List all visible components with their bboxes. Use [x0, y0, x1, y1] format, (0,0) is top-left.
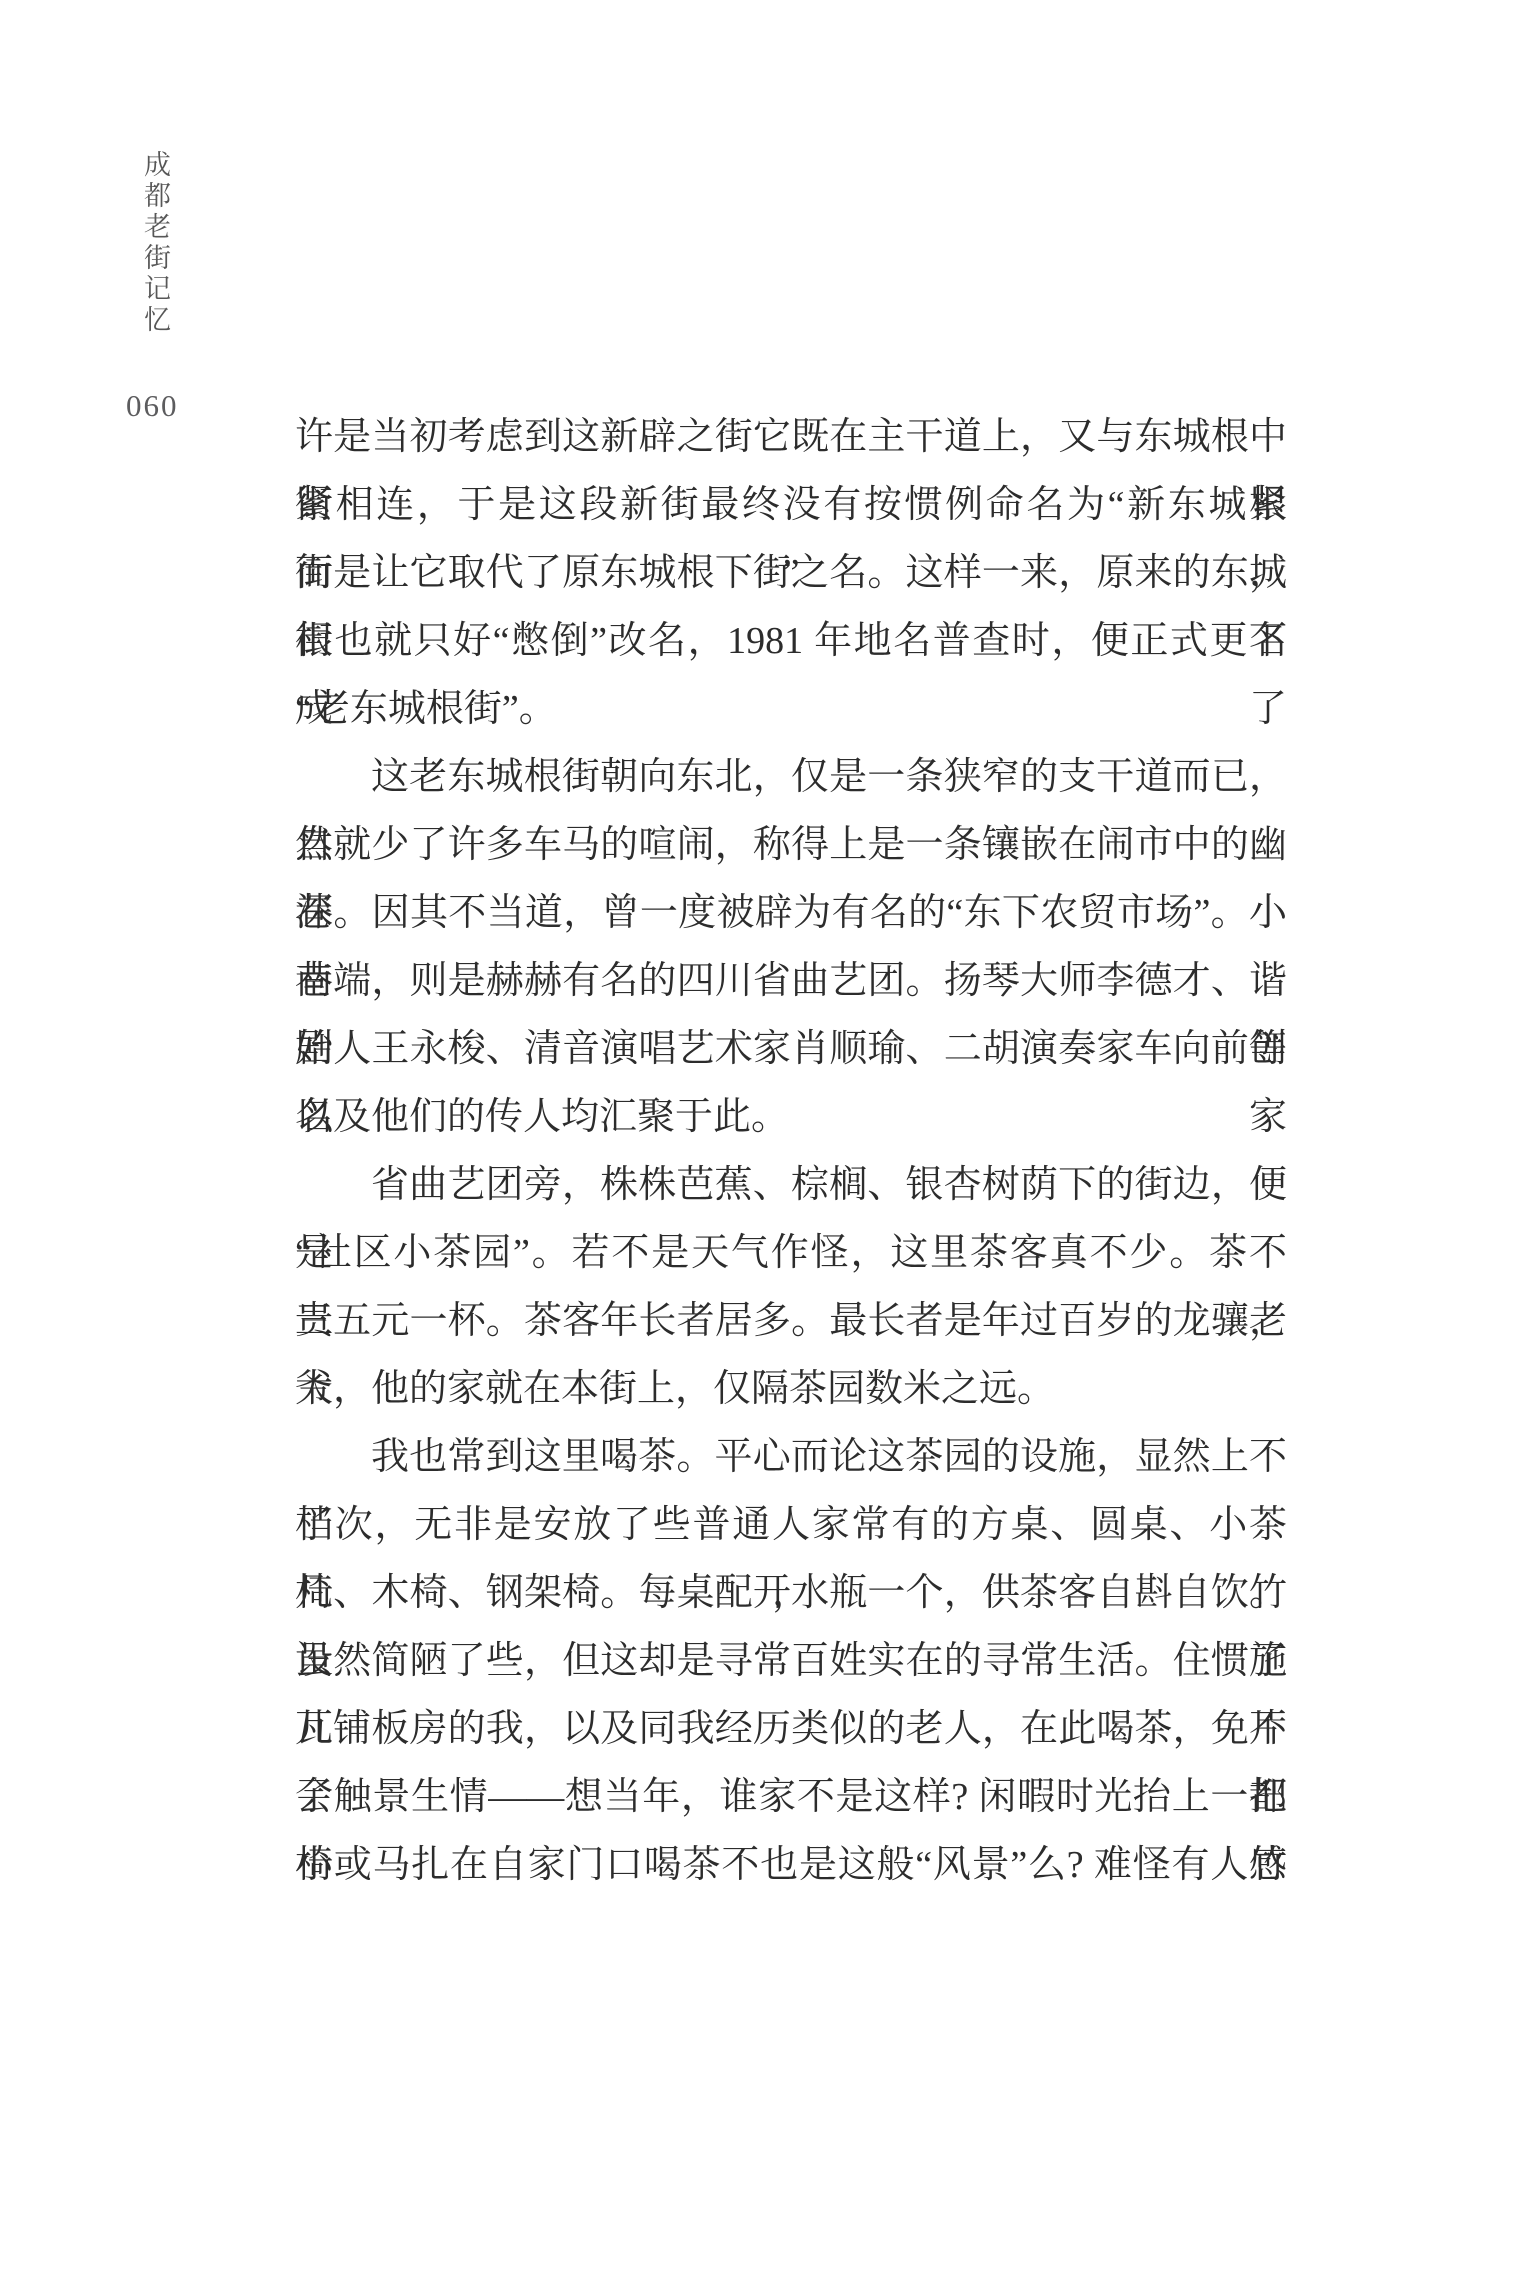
- page-number: 060: [126, 388, 179, 424]
- text-line: 椅或马扎在自家门口喝茶不也是这般“风景”么? 难怪有人感: [295, 1831, 1287, 1899]
- text-line: 省曲艺团旁，株株芭蕉、棕榈、银杏树荫下的街边，便是: [295, 1151, 1287, 1219]
- text-line: 然就少了许多车马的喧闹，称得上是一条镶嵌在闹市中的幽深小: [295, 811, 1287, 879]
- text-line: 虽然简陋了些，但这却是寻常百姓实在的寻常生活。住惯了瓦片: [295, 1627, 1287, 1695]
- text-line: 街也就只好“憋倒”改名，1981 年地名普查时，便正式更名成了: [295, 607, 1287, 675]
- text-line: 会触景生情——想当年，谁家不是这样? 闲暇时光抬上一把小竹: [295, 1763, 1287, 1831]
- text-line: 我也常到这里喝茶。平心而论这茶园的设施，显然上不了: [295, 1423, 1287, 1491]
- book-page: 成都老街记忆 060 许是当初考虑到这新辟之街它既在主干道上，又与东城根中街紧紧…: [0, 0, 1536, 2278]
- text-line: 始人王永梭、清音演唱艺术家肖顺瑜、二胡演奏家车向前等名家: [295, 1015, 1287, 1083]
- text-line: “社区小茶园”。若不是天气作怪，这里茶客真不少。茶不贵，: [295, 1219, 1287, 1287]
- text-column: 许是当初考虑到这新辟之街它既在主干道上，又与东城根中街紧紧相连，于是这段新街最终…: [295, 403, 1287, 1899]
- text-line: 南端，则是赫赫有名的四川省曲艺团。扬琴大师李德才、谐剧创: [295, 947, 1287, 1015]
- text-line: 许是当初考虑到这新辟之街它既在主干道上，又与东城根中街紧: [295, 403, 1287, 471]
- text-line: 这老东城根街朝向东北，仅是一条狭窄的支干道而已，自: [295, 743, 1287, 811]
- text-line: 而是让它取代了原东城根下街之名。这样一来，原来的东城根下: [295, 539, 1287, 607]
- text-line: 三五元一杯。茶客年长者居多。最长者是年过百岁的龙骧老大: [295, 1287, 1287, 1355]
- text-line: 爷，他的家就在本街上，仅隔茶园数米之远。: [295, 1355, 1287, 1423]
- text-line: 紧相连，于是这段新街最终没有按惯例命名为“新东城根街”，: [295, 471, 1287, 539]
- text-line: 巷。因其不当道，曾一度被辟为有名的“东下农贸市场”。小巷: [295, 879, 1287, 947]
- text-line: 椅、木椅、钢架椅。每桌配开水瓶一个，供茶客自斟自饮。设施: [295, 1559, 1287, 1627]
- text-line: 档次，无非是安放了些普通人家常有的方桌、圆桌、小茶几，竹: [295, 1491, 1287, 1559]
- text-line: 儿铺板房的我，以及同我经历类似的老人，在此喝茶，免不了都: [295, 1695, 1287, 1763]
- book-title-vertical: 成都老街记忆: [136, 150, 175, 336]
